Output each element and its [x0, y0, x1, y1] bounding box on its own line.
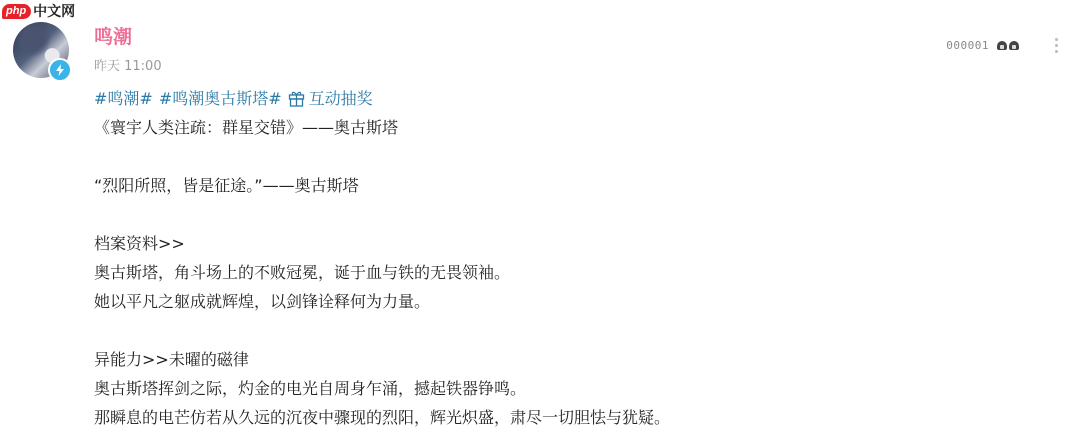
post-line: “烈阳所照，皆是征途。”——奥古斯塔: [94, 171, 1054, 200]
post-line: 那瞬息的电芒仿若从久远的沉夜中骤现的烈阳，辉光炽盛，肃尽一切胆怯与犹疑。: [94, 403, 1054, 432]
post-line: 奥古斯塔挥剑之际，灼金的电光自周身乍涌，撼起铁器铮鸣。: [94, 374, 1054, 403]
more-options-button[interactable]: [1051, 36, 1062, 55]
post-line: 奥古斯塔，角斗场上的不败冠冕，诞于血与铁的无畏领袖。: [94, 258, 1054, 287]
author-name[interactable]: 鸣潮: [94, 22, 132, 49]
fan-mascot-icon: [997, 41, 1019, 50]
post-line: [94, 142, 1054, 171]
lottery-label: 互动抽奖: [309, 84, 373, 113]
post-line: [94, 316, 1054, 345]
lottery-link[interactable]: 互动抽奖: [288, 84, 373, 113]
topic-tag[interactable]: #鸣潮#: [94, 84, 153, 113]
post-line: 《寰宇人类注疏：群星交错》——奥古斯塔: [94, 113, 1054, 142]
post-body: #鸣潮# #鸣潮奥古斯塔# 互动抽奖 《寰宇人类注疏：群星交错》——奥古斯塔 “…: [94, 84, 1054, 432]
verified-badge-icon: [48, 58, 72, 82]
lightning-icon: [54, 64, 66, 76]
post-timestamp: 昨天 11:00: [94, 55, 162, 74]
watermark-logo: php: [2, 4, 31, 19]
post-line: 她以平凡之躯成就辉煌，以剑锋诠释何为力量。: [94, 287, 1054, 316]
post-line: [94, 200, 1054, 229]
post-line: 异能力>>未曜的磁律: [94, 345, 1054, 374]
fan-badge-id: 000001: [946, 39, 989, 52]
watermark: php 中文网: [2, 1, 75, 21]
more-vertical-icon: [1055, 38, 1058, 41]
topic-tag[interactable]: #鸣潮奥古斯塔#: [159, 84, 282, 113]
gift-icon: [288, 90, 305, 107]
post-header-actions: 000001: [946, 36, 1062, 55]
post-line: 档案资料>>: [94, 229, 1054, 258]
watermark-text: 中文网: [33, 1, 75, 21]
topic-tags: #鸣潮# #鸣潮奥古斯塔# 互动抽奖: [94, 84, 1054, 113]
